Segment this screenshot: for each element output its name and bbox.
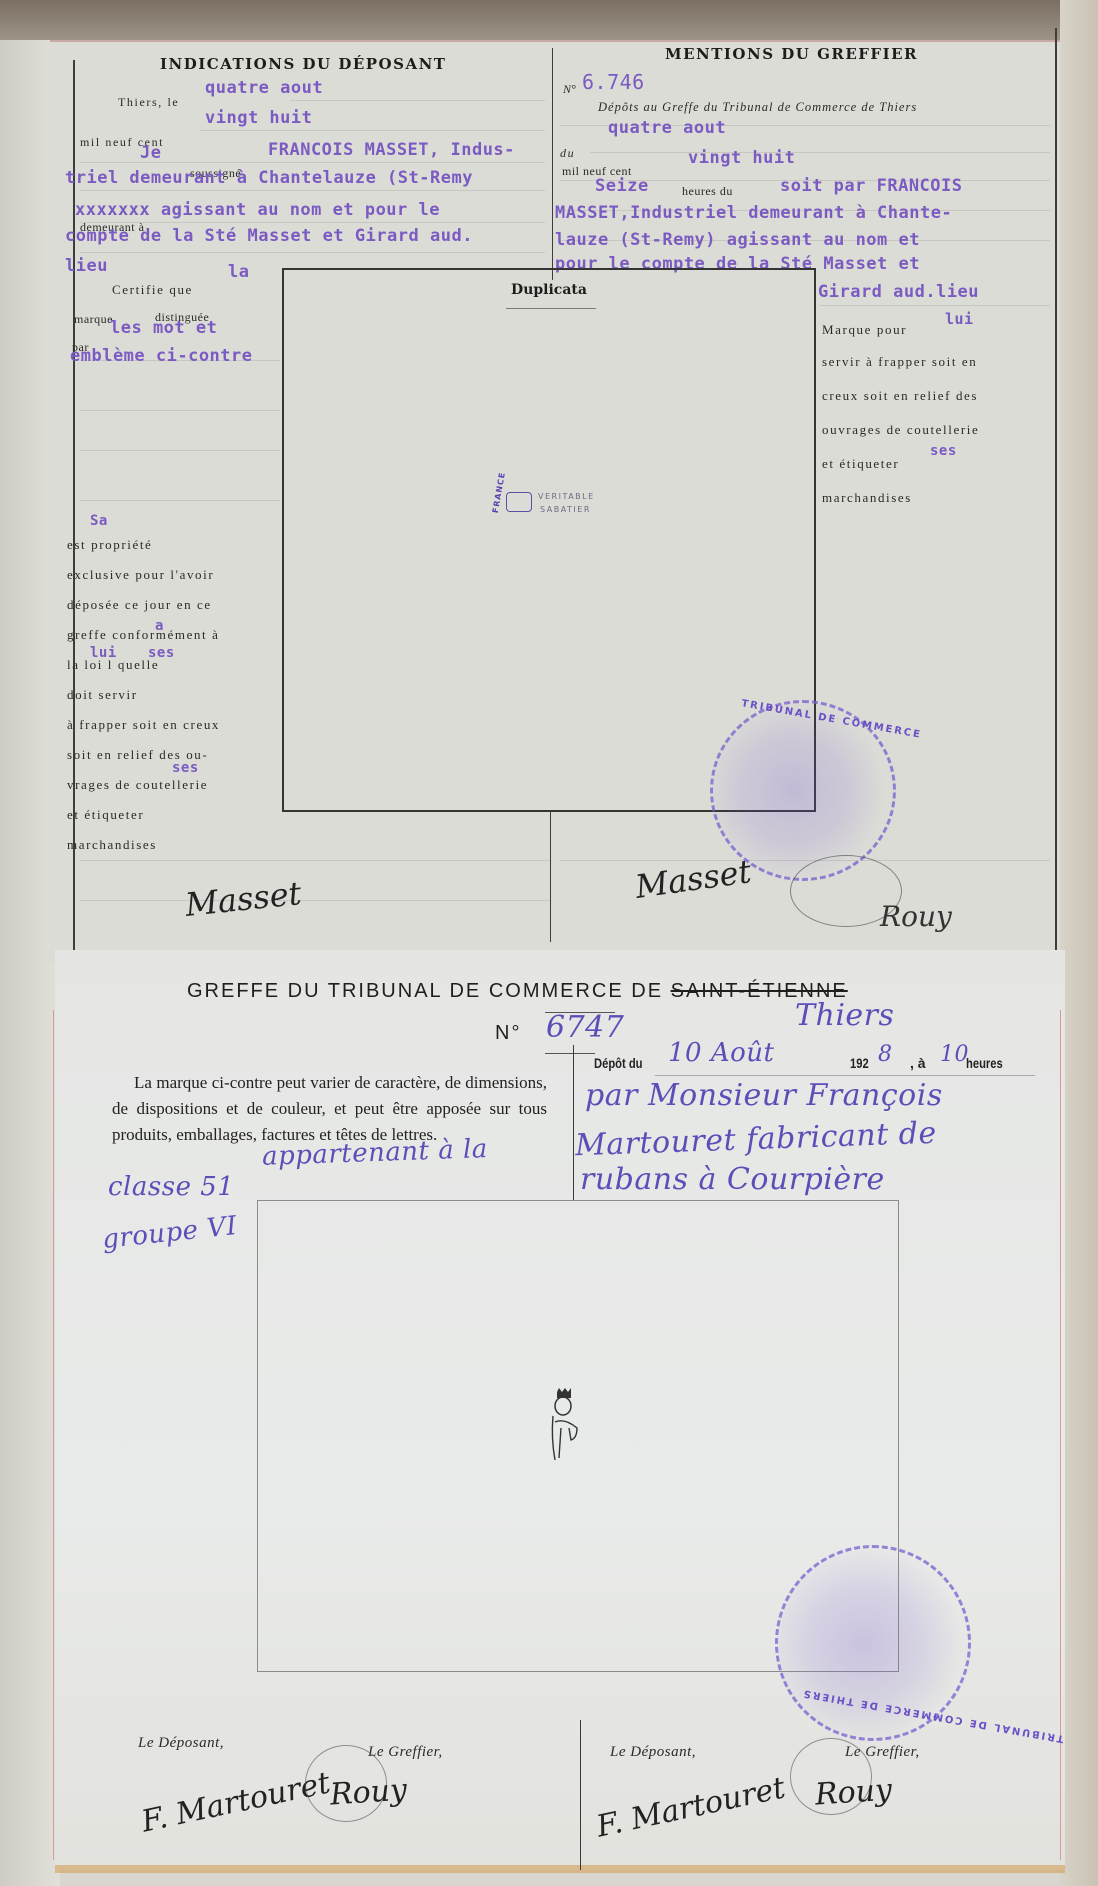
bottom-number-prefix: N°: [495, 1022, 521, 1045]
depositor-name-line-1: FRANCOIS MASSET, Indus-: [268, 140, 515, 160]
paragraph-line: et étiqueter: [67, 800, 277, 830]
ses-field-right: ses: [930, 443, 957, 459]
year-prefix-label: 192: [850, 1055, 869, 1071]
heures-du-label: heures du: [682, 184, 733, 199]
number-underline: [545, 1053, 595, 1054]
depositor-hand-line-1: par Monsieur François: [585, 1078, 943, 1113]
greffier-signature-top: Rouy: [880, 900, 952, 933]
clerk-line-1: soit par FRANCOIS: [780, 176, 963, 196]
thiers-le-label: Thiers, le: [118, 95, 179, 110]
je-field: Je: [140, 143, 161, 163]
sa-field: Sa: [90, 513, 108, 529]
ruled-line: [820, 305, 1050, 306]
duplicata-label: Duplicata: [282, 282, 816, 298]
ruled-line: [80, 500, 280, 501]
clerk-year-field: vingt huit: [688, 148, 795, 168]
sabatier-mark-stamp: FRANCE VERITABLE SABATIER: [478, 480, 628, 530]
year-suffix-field: 8: [878, 1042, 893, 1067]
depot-date-line: [655, 1075, 1035, 1076]
paragraph-line: est propriété: [67, 530, 277, 560]
deposit-date-field: quatre aout: [205, 78, 323, 98]
depositor-line-5: lieu: [65, 256, 108, 276]
bottom-form-title: GREFFE DU TRIBUNAL DE COMMERCE DE SAINT-…: [187, 980, 848, 1003]
hour-field: Seize: [595, 176, 649, 196]
du-label: du: [560, 146, 575, 161]
paragraph-line: exclusive pour l'avoir: [67, 560, 277, 590]
top-frame-right-border: [1055, 28, 1057, 950]
paragraph-line: ouvrages de coutellerie: [822, 413, 1047, 447]
signature-label-greffier-1: Le Greffier,: [368, 1744, 443, 1761]
clerk-line-3: lauze (St-Remy) agissant au nom et: [555, 230, 920, 250]
signature-greffier-2: Rouy: [814, 1772, 893, 1812]
signature-label-depositor-1: Le Déposant,: [138, 1735, 224, 1752]
clerk-line-5: Girard aud.lieu: [818, 282, 979, 302]
ruled-line: [590, 152, 1050, 153]
clerk-section-heading: MENTIONS DU GREFFIER: [665, 45, 918, 63]
depots-label: Dépôts au Greffe du Tribunal de Commerce…: [598, 100, 917, 115]
lui-field-right: lui: [945, 310, 974, 328]
knight-emblem-icon: [543, 1388, 583, 1463]
hour-field-bottom: 10: [940, 1042, 969, 1067]
deposit-year-field: vingt huit: [205, 108, 312, 128]
page-edge: [55, 1865, 1065, 1873]
paragraph-line: marchandises: [822, 481, 1047, 515]
la-field: la: [228, 262, 249, 282]
depot-du-label: Dépôt du: [594, 1055, 643, 1071]
veritable-text: VERITABLE: [538, 492, 595, 501]
number-prefix: N°: [563, 82, 576, 97]
lui-field: lui: [90, 645, 117, 661]
sabatier-text: SABATIER: [540, 505, 591, 514]
heures-label: heures: [966, 1055, 1003, 1071]
margin-red-line: [53, 1010, 54, 1860]
depositor-name-line-2: triel demeurant à Chantelauze (St-Remy: [65, 168, 473, 188]
ruled-line: [290, 100, 545, 101]
signature-label-depositor-2: Le Déposant,: [610, 1744, 696, 1761]
paragraph-line: servir à frapper soit en: [822, 345, 1047, 379]
paragraph-line: marchandises: [67, 830, 277, 860]
sabatier-emblem-icon: [506, 492, 532, 512]
ruled-line: [80, 190, 545, 191]
bottom-registration-number: 6747: [546, 1010, 624, 1045]
paragraph-line: creux soit en relief des: [822, 379, 1047, 413]
mark-description-line-2: emblème ci-contre: [70, 346, 253, 366]
ruled-line: [80, 860, 550, 861]
ses-field: ses: [172, 760, 199, 776]
signature-greffier-1: Rouy: [329, 1772, 408, 1812]
duplicata-underline: [506, 308, 596, 309]
registration-number: 6.746: [582, 70, 645, 94]
signature-divider: [580, 1720, 581, 1870]
depositor-hand-line-3: rubans à Courpière: [580, 1162, 885, 1197]
bottom-column-divider: [573, 1045, 574, 1200]
book-page-edge-right: [1060, 0, 1098, 1886]
depositor-line-4: compte de la Sté Masset et Girard aud.: [65, 226, 473, 246]
right-legal-paragraph: servir à frapper soit en creux soit en r…: [822, 345, 1047, 515]
depositor-section-heading: INDICATIONS DU DÉPOSANT: [160, 55, 446, 73]
ruled-line: [80, 410, 280, 411]
ruled-line: [80, 222, 545, 223]
top-column-divider-lower: [550, 812, 551, 942]
title-prefix: GREFFE DU TRIBUNAL DE COMMERCE DE: [187, 980, 663, 1002]
paragraph-line: doit servir: [67, 680, 277, 710]
depot-date-field: 10 Août: [668, 1038, 774, 1068]
left-legal-paragraph: est propriété exclusive pour l'avoir dép…: [67, 530, 277, 860]
a-field: a: [155, 618, 164, 634]
certifie-que-label: Certifie que: [112, 282, 193, 298]
title-correction-city: Thiers: [795, 998, 894, 1033]
marque-label: marque: [74, 312, 113, 327]
top-column-divider: [552, 48, 553, 280]
clerk-date-field: quatre aout: [608, 118, 726, 138]
a-label: , à: [910, 1055, 926, 1071]
marque-pour-label: Marque pour: [822, 322, 907, 338]
ruled-line: [80, 252, 545, 253]
clerk-line-2: MASSET,Industriel demeurant à Chante-: [555, 203, 952, 223]
ruled-line: [80, 900, 550, 901]
paragraph-line: à frapper soit en creux: [67, 710, 277, 740]
class-field: classe 51: [108, 1172, 234, 1202]
ruled-line: [200, 130, 545, 131]
paragraph-line: déposée ce jour en ce: [67, 590, 277, 620]
mark-description-line-1: les mot et: [110, 318, 217, 338]
ruled-line: [80, 450, 280, 451]
depositor-line-3: xxxxxxx agissant au nom et pour le: [75, 200, 440, 220]
ses-field-inline: ses: [148, 645, 175, 661]
